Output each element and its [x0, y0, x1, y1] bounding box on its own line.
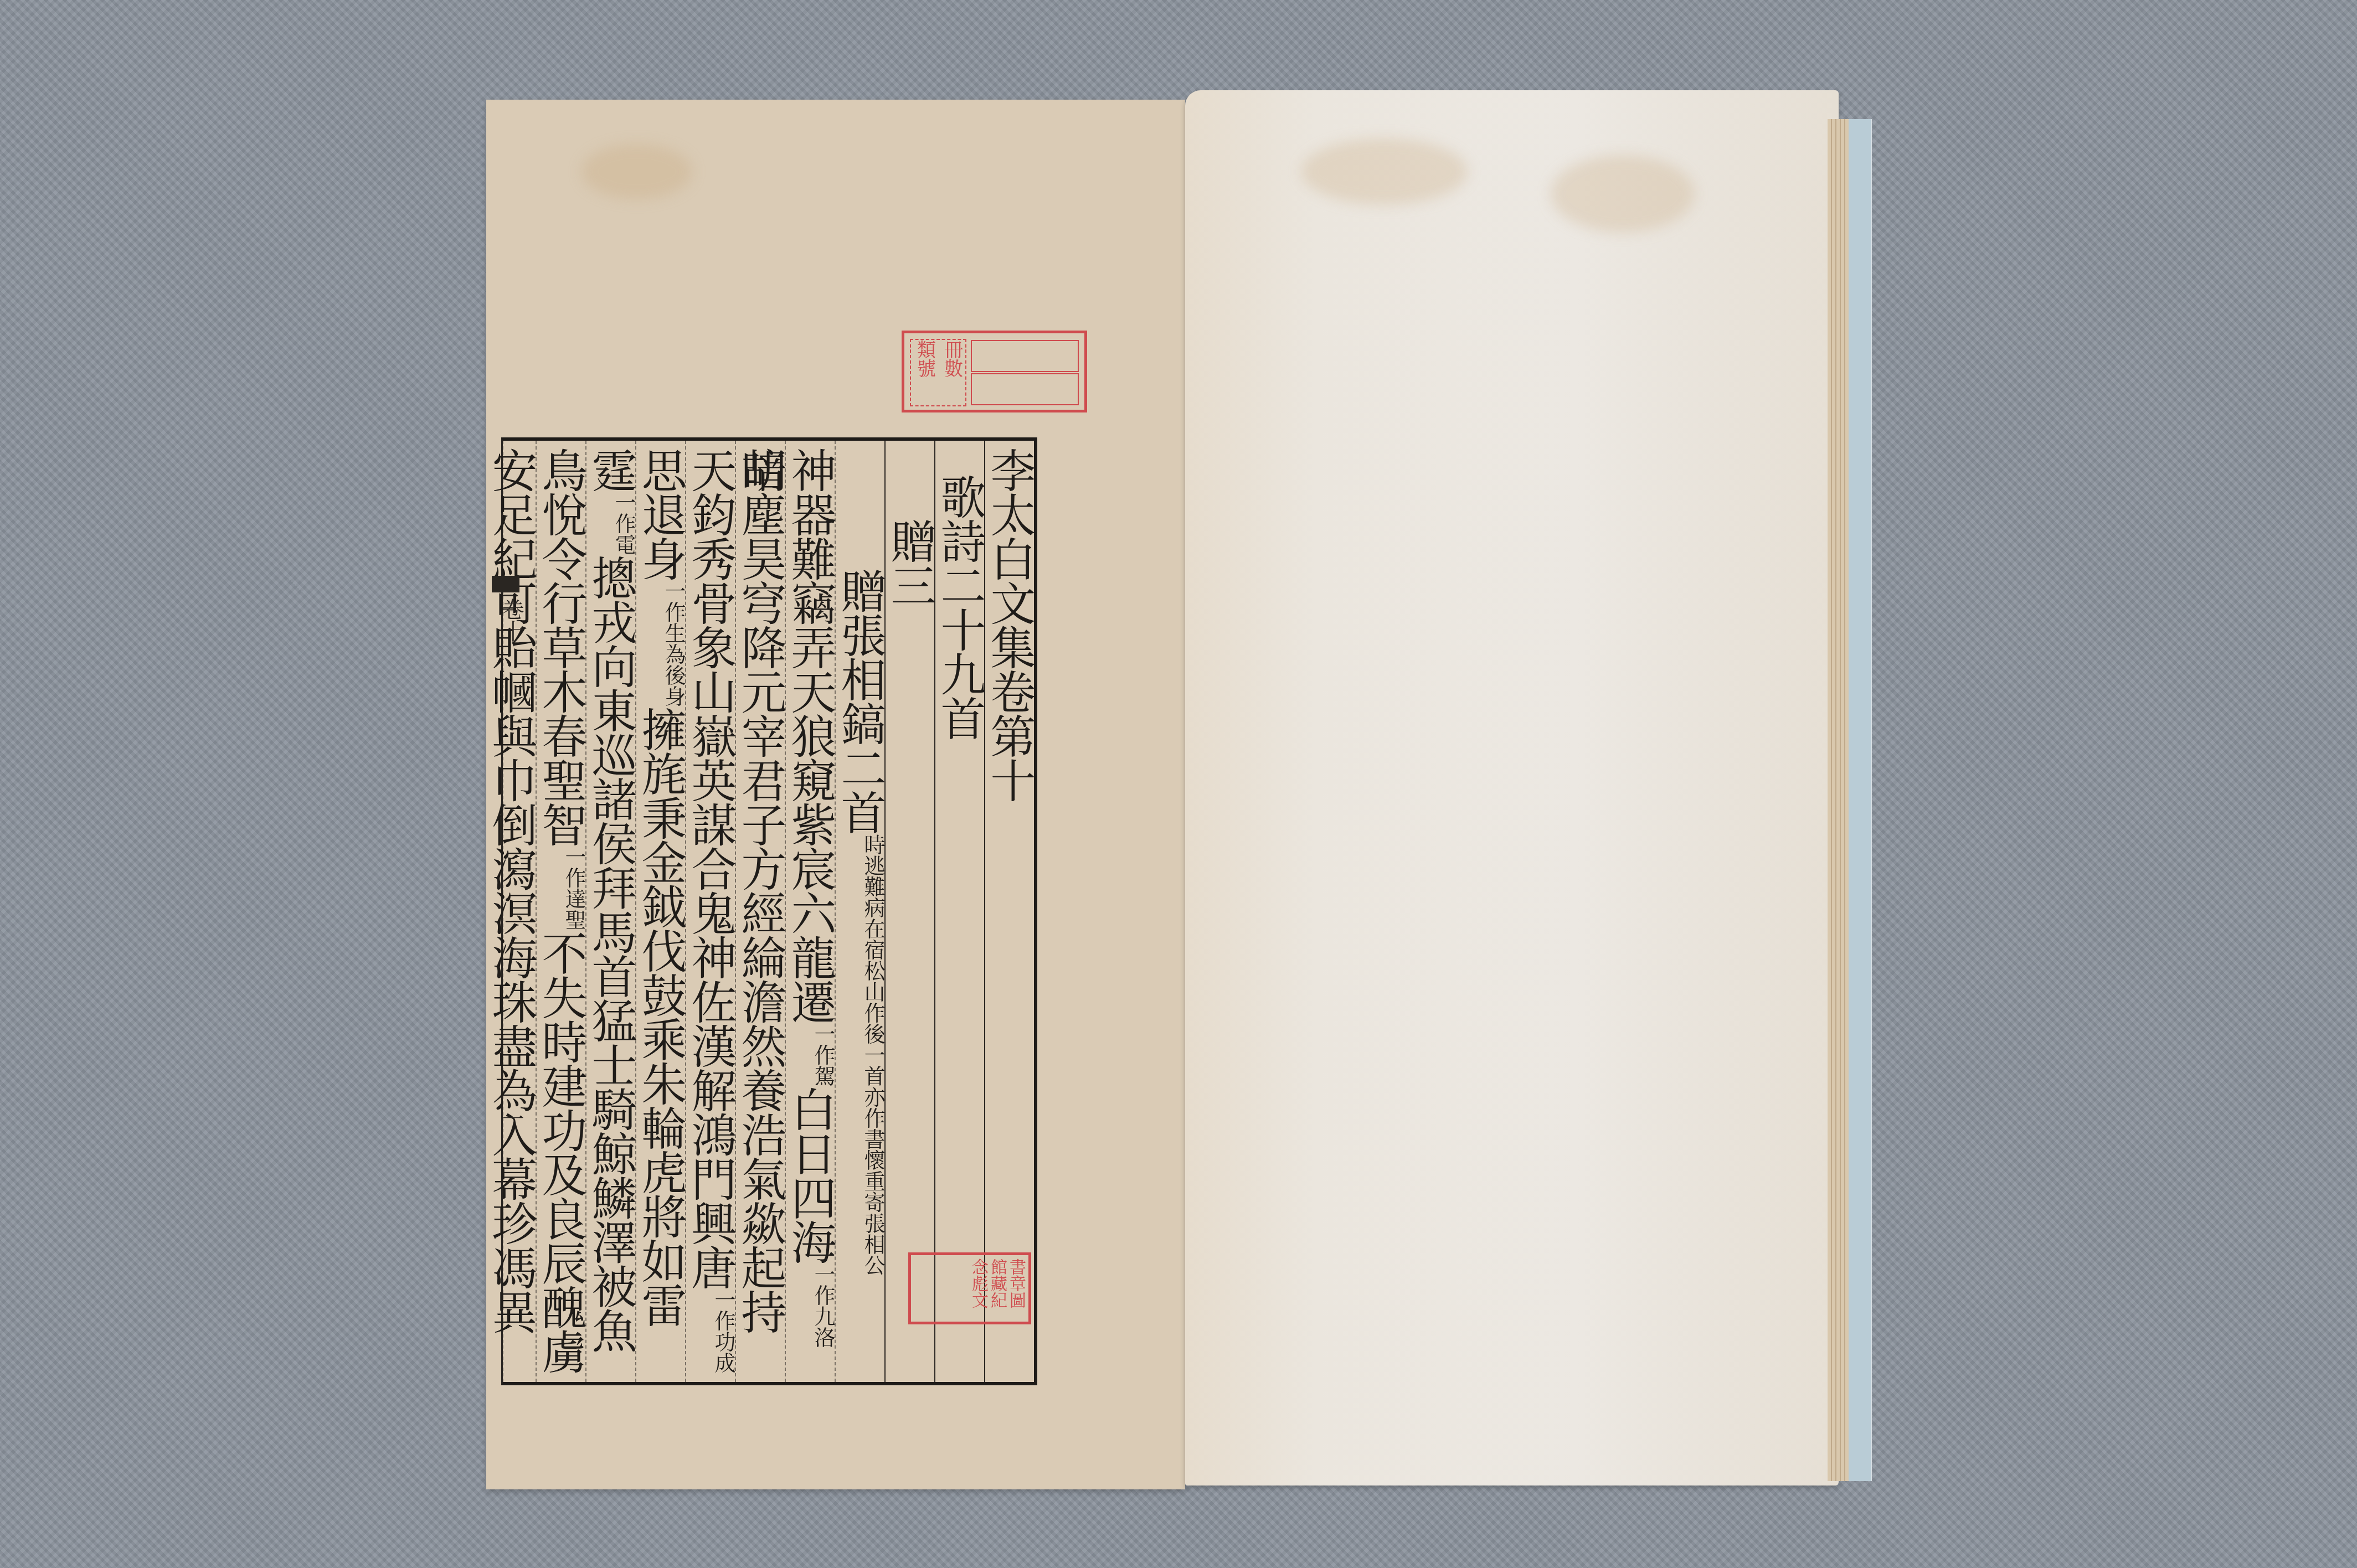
verse: 摠戎向東巡諸侯拜馬首猛士騎鯨鱗澤被魚	[584, 555, 637, 1352]
collector-seal: 書章圖館藏紀念彪文	[908, 1252, 1031, 1324]
library-record-stamp: 冊數 類號	[902, 331, 1087, 412]
verse: 白日四海	[784, 1086, 836, 1263]
text-column-3: 天鈞秀骨象山嶽英謀合鬼神佐漢解鴻門興唐一作功成	[685, 441, 735, 1382]
section-heading: 歌詩二十九首	[935, 474, 984, 740]
stamp-label-classno: 類號	[914, 340, 936, 405]
verse: 神器難竊弄天狼窺紫宸六龍遷	[784, 447, 836, 1023]
column-section: 歌詩二十九首	[934, 441, 984, 1382]
stamp-field-volumes	[971, 340, 1079, 372]
category-heading: 贈三	[886, 518, 934, 607]
variant-note: 一作九洛	[811, 1263, 835, 1348]
variant-note: 一作功成	[712, 1289, 735, 1373]
variant-note: 一作生為後身	[662, 580, 685, 706]
column-category: 贈三	[884, 441, 934, 1382]
text-column-6: 鳥悅令行草木春聖智一作達聖不失時建功及良辰醜虜	[536, 441, 585, 1382]
fishtail-mark	[492, 576, 519, 592]
column-title: 李太白文集卷第十	[984, 441, 1034, 1382]
column-poem-title: 贈張相鎬二首時逃難病在宿松山作後一首亦作書懷重寄張相公	[835, 441, 884, 1382]
blue-cover-edge	[1849, 119, 1872, 1481]
volume-title: 李太白文集卷第十	[985, 447, 1034, 802]
banxin-juan: 卷十	[496, 598, 527, 642]
text-column-4: 思退身一作生為後身擁旄秉金鉞伐鼓乘朱輪虎將如雷	[635, 441, 685, 1382]
right-page-blank	[1185, 90, 1839, 1486]
poem-title-note-1: 時逃難病在宿松山作後一	[861, 834, 885, 1065]
text-column-5: 霆一作電摠戎向東巡諸侯拜馬首猛士騎鯨鱗澤被魚	[585, 441, 635, 1382]
seal-text: 書章圖館藏紀念彪文	[1006, 1258, 1025, 1318]
foxing-stain	[1301, 138, 1468, 205]
foxing-stain	[1551, 155, 1695, 233]
verse: 霆	[584, 447, 637, 492]
foxing-stain	[581, 144, 692, 199]
text-column-1: 神器難竊弄天狼窺紫宸六龍遷一作駕白日四海一作九洛暗	[785, 441, 835, 1382]
stamp-label-volumes: 冊數	[941, 340, 963, 405]
text-column-2: 胡塵昊穹降元宰君子方經綸澹然養浩氣歘起持	[735, 441, 785, 1382]
variant-note: 一作達聖	[562, 846, 585, 930]
verse: 天鈞秀骨象山嶽英謀合鬼神佐漢解鴻門興唐	[684, 447, 737, 1289]
page-stack-edges	[1828, 119, 1850, 1481]
verse: 鳥悅令行草木春聖智	[534, 447, 587, 846]
stamp-field-classno	[971, 373, 1079, 405]
poem-title-note-2: 首亦作書懷重寄張相公	[861, 1065, 885, 1276]
verse: 思退身	[634, 447, 687, 580]
poem-title: 贈張相鎬二首	[833, 568, 886, 834]
verse: 不失時建功及良辰醜虜	[534, 930, 587, 1373]
verse: 胡塵昊穹降元宰君子方經綸澹然養浩氣歘起持	[734, 447, 786, 1333]
banxin-page-number: 一	[496, 1107, 527, 1129]
verse: 擁旄秉金鉞伐鼓乘朱輪虎將如雷	[634, 706, 687, 1327]
variant-note: 一作電	[612, 492, 635, 555]
variant-note: 一作駕	[811, 1023, 835, 1086]
text-frame: 李太白文集卷第十 歌詩二十九首 贈三 贈張相鎬二首時逃難病在宿松山作後一首亦作書…	[501, 437, 1037, 1385]
